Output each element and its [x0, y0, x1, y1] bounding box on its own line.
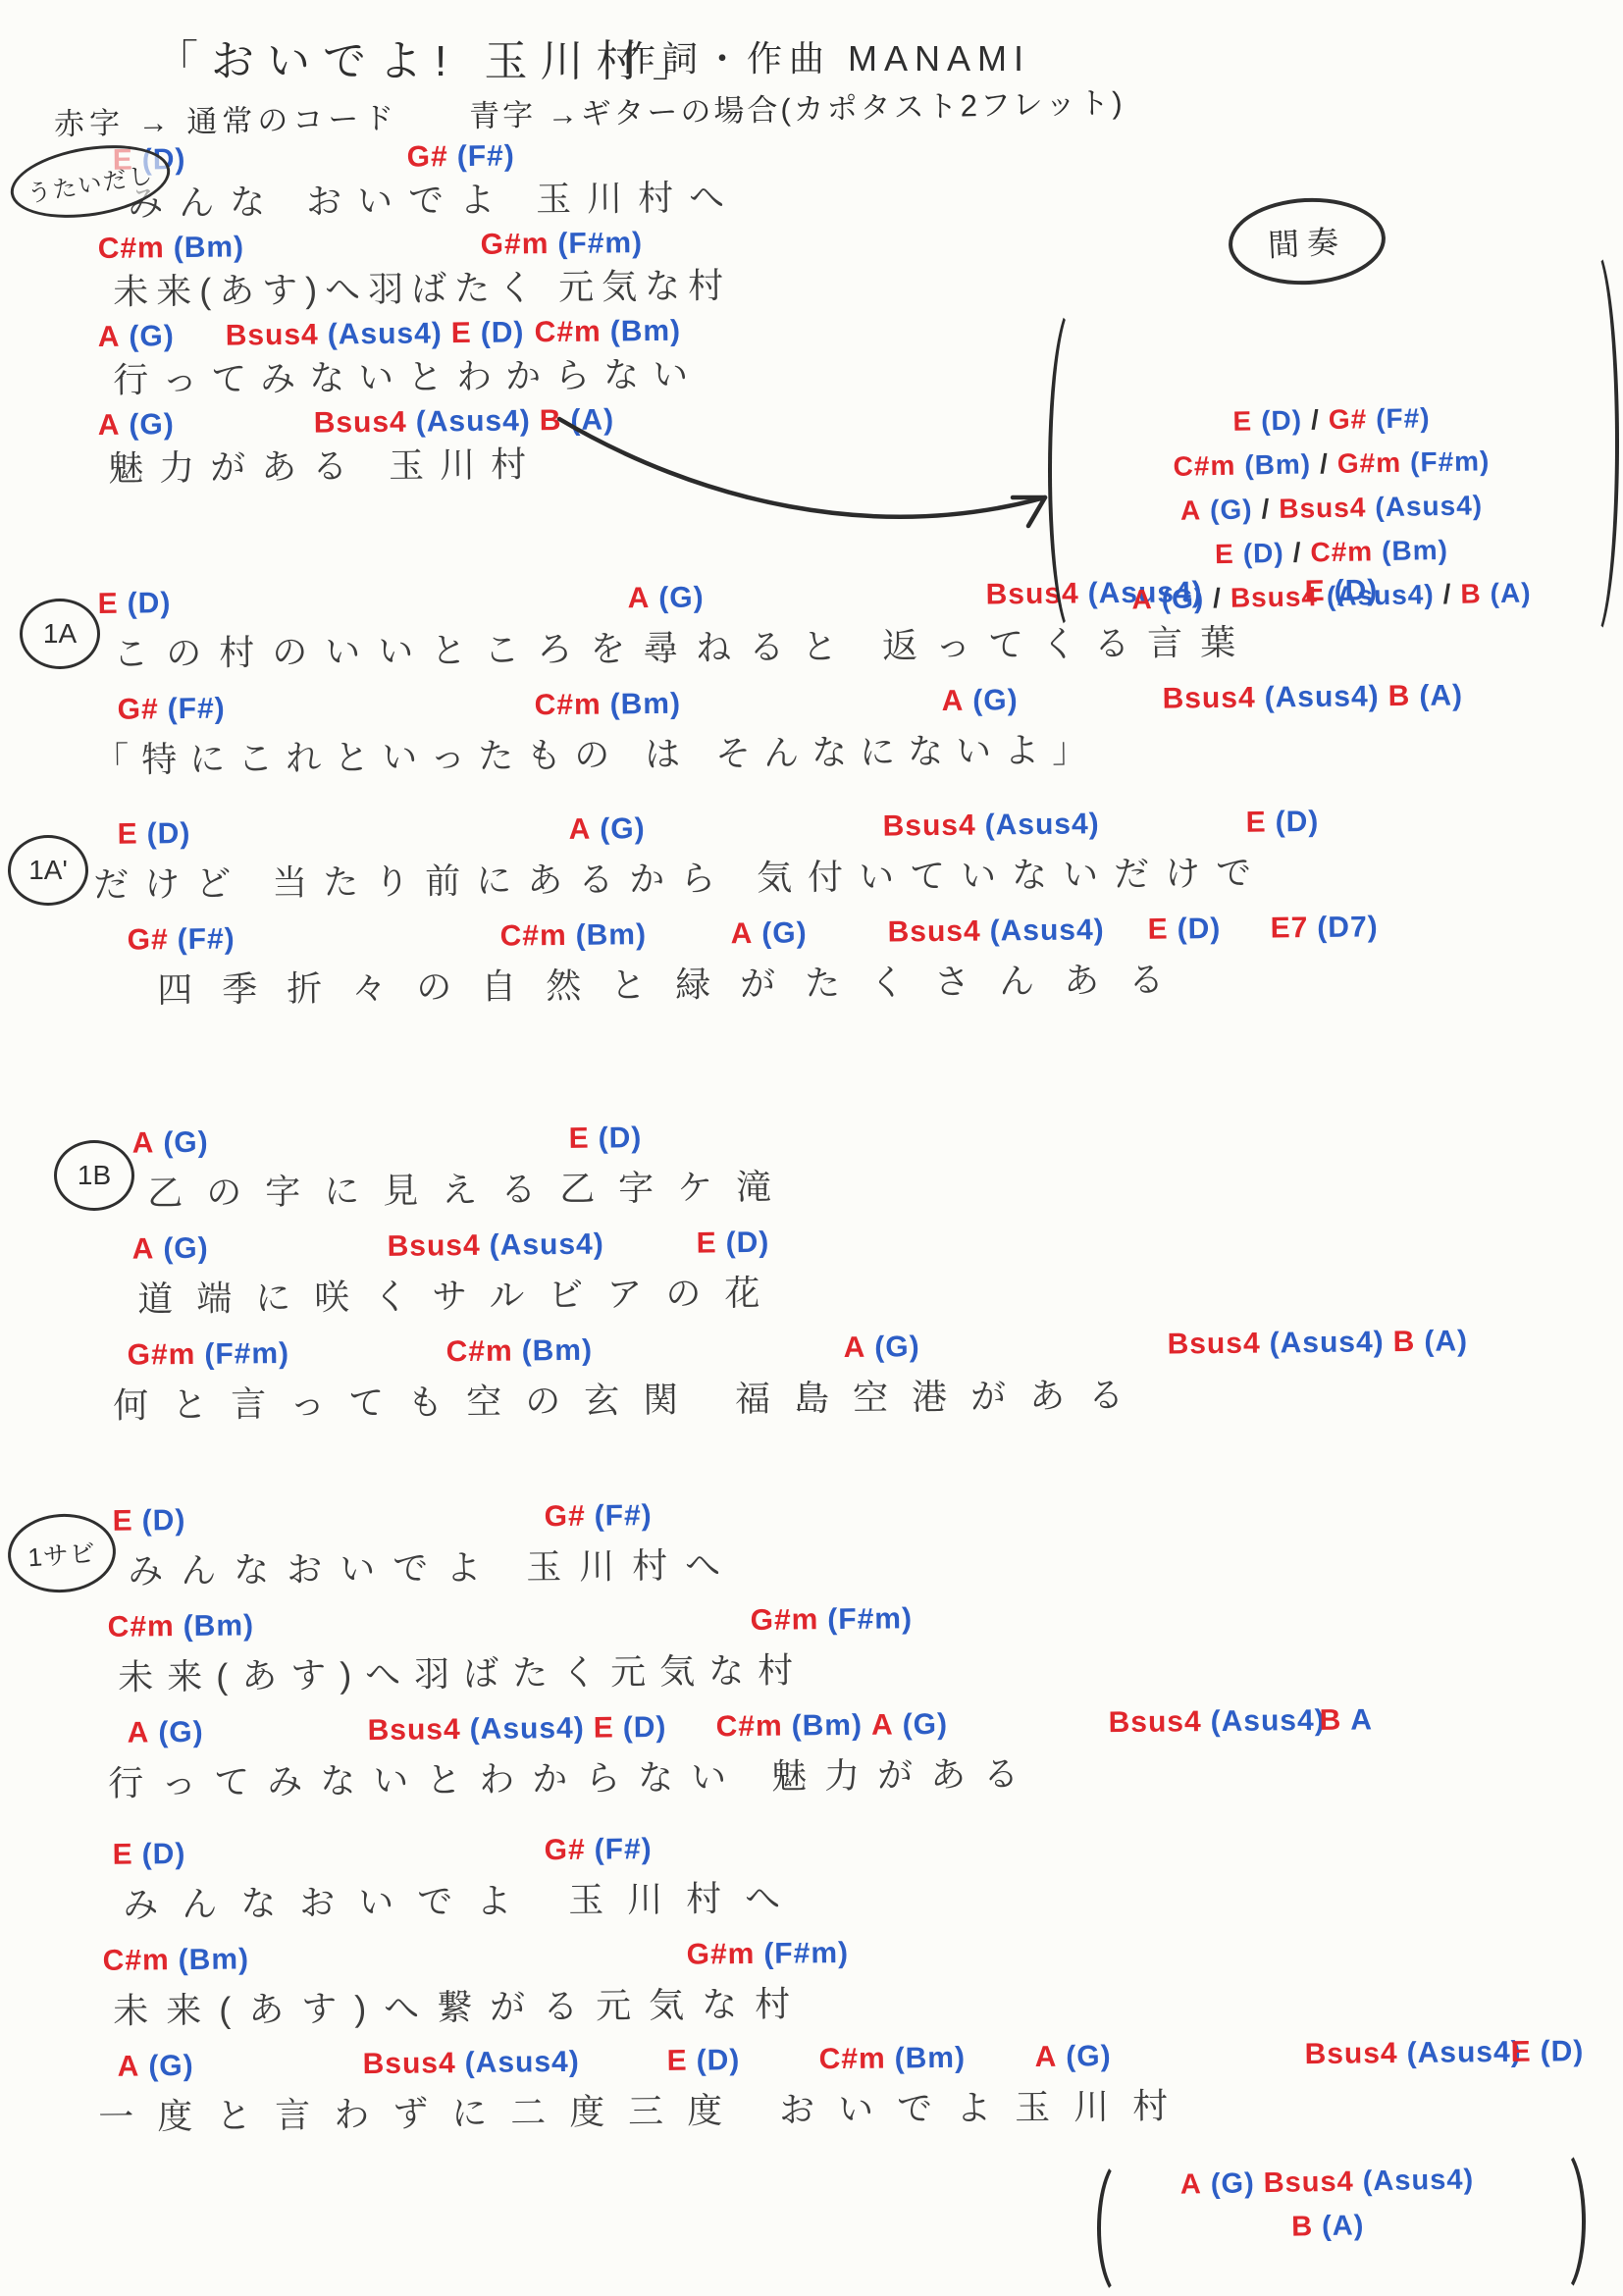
- chord-group: C#m(Bm): [534, 688, 681, 723]
- chord-token: A: [871, 1708, 894, 1742]
- chord-token: Bsus4: [1167, 1328, 1260, 1362]
- chord-token: Bsus4: [387, 1229, 480, 1264]
- chord-token: (G): [600, 812, 646, 846]
- chord-parts: C#m(Bm): [108, 1609, 255, 1644]
- chord-token: (Asus4): [989, 913, 1104, 948]
- chord-parts: C#m(Bm)/G#m(F#m): [1173, 445, 1490, 483]
- chord-token: (D): [481, 316, 525, 349]
- chord-parts: Bsus4(Asus4)B(A): [1167, 1325, 1468, 1361]
- chord-parts: E(D): [1147, 913, 1221, 947]
- chord-token: G#m: [128, 1338, 196, 1373]
- chord-token: Bsus4: [1279, 492, 1367, 525]
- chord-token: (F#): [457, 140, 515, 175]
- chord-token: A: [132, 1232, 155, 1266]
- song-line: C#m(Bm) G#m(F#m) 未来(あす)へ羽ばたく元気な村: [0, 1595, 1623, 1704]
- chord-parts: E(D): [568, 1122, 642, 1156]
- chord-token: (D): [1177, 913, 1221, 946]
- chord-token: (D): [1261, 405, 1302, 438]
- chord-token: (G): [874, 1331, 920, 1364]
- chord-token: G#: [407, 140, 448, 174]
- chord-token: E: [1147, 913, 1168, 947]
- chord-group: E(D): [113, 1504, 186, 1539]
- chord-group: C#m(Bm): [445, 1334, 593, 1370]
- chord-token: (G): [1066, 2040, 1112, 2073]
- chord-token: A: [627, 582, 650, 615]
- chord-token: Bsus4: [1108, 1705, 1201, 1740]
- chord-group: E(D): [1245, 806, 1319, 840]
- chord-token: A: [1180, 2168, 1203, 2201]
- chord-token: (Bm): [179, 1943, 250, 1977]
- chord-token: (Bm): [791, 1709, 863, 1744]
- chord-token: C#m: [499, 919, 566, 954]
- chord-token: (F#m): [557, 227, 643, 261]
- chord-token: (G): [902, 1708, 948, 1742]
- section-label: 1A': [8, 835, 88, 906]
- chord-parts: G#m(F#m): [481, 227, 644, 262]
- chord-token: (G): [148, 2050, 194, 2083]
- chord-token: G#: [128, 923, 169, 957]
- chord-parts: G#(F#): [544, 1833, 652, 1867]
- chord-token: (Asus4): [1264, 680, 1379, 714]
- interlude-chord-row: E(D)/C#m(Bm): [1070, 532, 1594, 572]
- chord-token: (Asus4): [416, 404, 531, 439]
- chord-group: C#m(Bm): [818, 2042, 966, 2077]
- chord-group: E(D): [118, 817, 191, 852]
- chord-token: G#m: [481, 228, 550, 262]
- chord-token: (A): [1419, 679, 1463, 712]
- chord-group: G#(F#): [544, 1499, 652, 1534]
- song-line: G#m(F#m) C#m(Bm) A(G) B: [0, 1324, 1623, 1433]
- chord-token: (Asus4): [470, 1712, 585, 1747]
- song-line: G#(F#) C#m(Bm) A(G) Bsu: [0, 909, 1623, 1018]
- chord-parts: E7(D7): [1270, 911, 1378, 945]
- chord-token: E: [1232, 405, 1252, 437]
- chord-token: Bsus4: [226, 319, 319, 353]
- chord-token: B: [1319, 1704, 1341, 1738]
- section-lines: E(D) G#(F#) みんなおいでよ 玉川村へ C#m: [0, 1506, 1623, 2144]
- credit: 作詞・作曲 MANAMI: [620, 31, 1030, 81]
- chord-token: E: [568, 1122, 589, 1156]
- chord-token: (D7): [1317, 911, 1379, 945]
- chord-group: G#m(F#m): [128, 1337, 290, 1373]
- chord-token: (F#m): [204, 1337, 289, 1372]
- chord-token: G#m: [750, 1603, 818, 1638]
- chord-token: (A): [1424, 1325, 1468, 1358]
- interlude-chord-row: E(D)/G#(F#): [1070, 399, 1594, 440]
- chord-group: A(G): [128, 1716, 204, 1750]
- chord-parts: Bsus4(Asus4): [882, 808, 1099, 843]
- chord-parts: Bsus4(Asus4): [362, 2046, 579, 2081]
- chord-token: G#m: [1337, 447, 1402, 480]
- chord-group: A(G): [627, 581, 704, 615]
- chord-token: Bsus4: [1162, 682, 1255, 716]
- chord-group: E(D): [568, 1122, 642, 1156]
- chord-group: Bsus4(Asus4): [387, 1228, 603, 1264]
- chord-parts: A(G): [627, 581, 704, 615]
- chord-group: E(D): [98, 587, 172, 621]
- chord-token: Bsus4: [887, 915, 980, 950]
- chord-token: Bsus4: [1263, 2166, 1354, 2201]
- chord-parts: A(G)Bsus4(Asus4): [1180, 2164, 1475, 2201]
- chord-token: A: [568, 813, 591, 847]
- chord-token: A: [843, 1331, 865, 1365]
- chord-parts: G#(F#): [407, 140, 515, 175]
- chord-token: G#m: [686, 1938, 755, 1972]
- chord-token: (Bm): [522, 1334, 594, 1369]
- chord-parts: A(G): [730, 916, 807, 951]
- chord-token: /: [1320, 448, 1329, 480]
- chord-token: (G): [1211, 2167, 1255, 2201]
- chord-token: B: [1393, 1326, 1416, 1359]
- chord-group: Bsus4(Asus4)E(D): [367, 1711, 666, 1748]
- chord-parts: E(D): [113, 1504, 186, 1539]
- chord-token: (D): [1275, 806, 1319, 839]
- chord-token: (G): [658, 581, 705, 614]
- chord-token: A: [128, 1716, 150, 1749]
- chord-parts: BA: [1319, 1703, 1373, 1738]
- chord-token: (G): [163, 1126, 209, 1160]
- song-section: 1B A(G) E(D) 乙: [0, 1128, 1623, 1446]
- chord-token: (D): [142, 1838, 186, 1871]
- chord-parts: E(D): [696, 1226, 769, 1261]
- chord-group: E(D): [1147, 913, 1221, 947]
- chord-group: G#(F#): [544, 1833, 652, 1867]
- song-line: A(G) Bsus4(Asus4) E(D) 道端に咲くサルビアの花: [0, 1218, 1623, 1327]
- song-line: A(G) Bsus4(Asus4) E(D): [0, 2035, 1623, 2144]
- chord-parts: A(G): [568, 812, 645, 847]
- chord-token: (Bm): [610, 688, 682, 722]
- chord-token: C#m: [535, 316, 602, 350]
- chord-token: (Bm): [174, 231, 245, 265]
- chord-token: B: [1291, 2211, 1314, 2243]
- chord-token: E: [696, 1226, 716, 1260]
- chord-token: /: [1442, 579, 1451, 610]
- chord-group: E(D): [666, 2044, 740, 2078]
- chord-token: (D): [623, 1711, 667, 1745]
- chord-group: G#m(F#m): [686, 1937, 849, 1972]
- chord-token: E: [1245, 806, 1266, 839]
- chord-token: Bsus4: [882, 809, 975, 844]
- chord-token: (F#m): [1410, 445, 1491, 478]
- chord-group: C#m(Bm): [108, 1609, 255, 1644]
- chord-token: (F#): [595, 1833, 653, 1867]
- chord-group: A(G): [132, 1232, 209, 1267]
- chord-parts: A(G): [118, 2050, 194, 2084]
- handwritten-chord-sheet: 「おいでよ! 玉川村」 作詞・作曲 MANAMI 赤字 → 通常のコード 青字 …: [0, 0, 1623, 2296]
- chord-token: A: [1350, 1703, 1373, 1737]
- chord-parts: C#m(Bm): [103, 1943, 250, 1978]
- chord-group: A(G): [1034, 2040, 1111, 2074]
- chord-parts: G#(F#): [544, 1499, 652, 1534]
- chord-token: (Bm): [1382, 535, 1448, 567]
- chord-token: C#m: [103, 1944, 170, 1978]
- chord-parts: A(G): [98, 408, 175, 443]
- chord-group: A(G): [730, 916, 807, 951]
- chord-group: E(D): [1510, 2035, 1584, 2069]
- chord-token: Bsus4: [314, 406, 407, 441]
- chord-token: (G): [761, 916, 808, 950]
- chord-token: Bsus4: [1304, 2037, 1397, 2071]
- chord-token: A: [132, 1126, 155, 1160]
- chord-group: Bsus4(Asus4)B(A): [1167, 1325, 1468, 1361]
- section-lines: E(D) A(G) Bsus4(Asus4): [0, 819, 1623, 1018]
- chord-token: (D): [725, 1226, 769, 1260]
- chord-parts: G#(F#): [128, 922, 236, 957]
- chord-token: (Asus4): [1375, 490, 1483, 523]
- chord-group: Bsus4(Asus4): [882, 808, 1099, 843]
- chord-token: E: [118, 818, 138, 852]
- song-section: 1サビ E(D) G#(F#): [0, 1506, 1623, 2158]
- chord-group: Bsus4(Asus4): [1304, 2036, 1521, 2071]
- chord-parts: Bsus4(Asus4)E(D): [367, 1711, 666, 1748]
- interlude-box: 間奏 E(D)/G#(F#) C#m(Bm)/G#m(F#m) A(G)/Bsu…: [1040, 186, 1623, 677]
- chord-token: (Asus4): [1327, 579, 1435, 612]
- chord-parts: C#m(Bm)A(G): [715, 1708, 948, 1744]
- chord-token: G#: [1329, 403, 1368, 436]
- chord-token: (D): [1540, 2035, 1584, 2068]
- chord-parts: A(G): [1034, 2040, 1111, 2074]
- chord-parts: G#m(F#m): [686, 1937, 849, 1972]
- chord-parts: C#m(Bm): [818, 2042, 966, 2077]
- chord-token: (Bm): [183, 1609, 255, 1644]
- chord-parts: Bsus4(Asus4): [887, 913, 1104, 949]
- chord-parts: A(G)/Bsus4(Asus4)/B(A): [1131, 577, 1532, 615]
- chord-token: (F#m): [763, 1937, 849, 1971]
- chord-parts: E(D)/C#m(Bm): [1215, 535, 1448, 570]
- section-label: 1B: [54, 1140, 134, 1211]
- chord-token: E: [98, 588, 119, 621]
- chord-parts: G#m(F#m): [128, 1337, 290, 1373]
- chord-token: (Asus4): [328, 317, 443, 351]
- ending-chord-row: B(A): [1126, 2207, 1530, 2246]
- chord-group: G#(F#): [407, 140, 515, 175]
- chord-group: Bsus4(Asus4): [362, 2046, 579, 2081]
- chord-token: A: [1131, 584, 1153, 615]
- chord-parts: E(D): [666, 2044, 740, 2078]
- chord-parts: A(G)/Bsus4(Asus4): [1180, 490, 1484, 526]
- chord-parts: E(D): [1245, 806, 1319, 840]
- chord-group: A(G): [568, 812, 645, 847]
- song-line: C#m(Bm) G#m(F#m) 未来(あす)へ繋がる元気な村: [0, 1929, 1623, 2038]
- chord-parts: C#m(Bm): [98, 231, 245, 266]
- chord-token: Bsus4: [1230, 581, 1319, 614]
- chord-group: Bsus4(Asus4)E(D): [226, 316, 525, 352]
- ending-chords: A(G)Bsus4(Asus4) B(A): [1126, 2163, 1530, 2258]
- chord-token: A: [98, 321, 121, 354]
- chord-group: A(G): [118, 2050, 194, 2084]
- chord-token: A: [1034, 2041, 1057, 2074]
- chord-token: G#: [544, 1500, 585, 1534]
- chord-group: Bsus4(Asus4)B(A): [1162, 679, 1463, 715]
- chord-token: A: [941, 685, 964, 718]
- chord-parts: C#m(Bm): [445, 1334, 593, 1370]
- chord-token: E: [113, 1839, 133, 1872]
- chord-token: (Bm): [1244, 448, 1311, 481]
- interlude-rows: E(D)/G#(F#) C#m(Bm)/G#m(F#m) A(G)/Bsus4(…: [1070, 404, 1594, 625]
- chord-token: (D): [598, 1122, 642, 1155]
- chord-token: (D): [147, 817, 191, 851]
- chord-token: E: [113, 1505, 133, 1539]
- chord-token: E: [451, 317, 472, 350]
- chord-parts: A(G): [843, 1331, 919, 1365]
- chord-token: /: [1261, 494, 1270, 525]
- interlude-chord-row: C#m(Bm)/G#m(F#m): [1070, 444, 1594, 484]
- chord-token: C#m: [108, 1610, 175, 1644]
- chord-token: (D): [128, 587, 172, 620]
- chord-token: (G): [1210, 494, 1253, 526]
- song-line: A(G) Bsus4(Asus4)E(D) C#m(Bm)A(G): [0, 1701, 1623, 1810]
- chord-token: (D): [142, 1504, 186, 1538]
- chord-token: (Asus4): [1406, 2036, 1521, 2070]
- chord-parts: C#m(Bm): [534, 688, 681, 723]
- chord-token: (G): [129, 320, 175, 353]
- chord-token: (Bm): [894, 2042, 966, 2076]
- chord-group: BA: [1319, 1703, 1373, 1738]
- chord-token: (G): [1161, 583, 1204, 615]
- chord-parts: A(G): [98, 320, 175, 354]
- chord-group: A(G): [843, 1331, 919, 1365]
- chord-token: G#: [118, 693, 159, 726]
- chord-group: C#m(Bm)A(G): [715, 1708, 948, 1744]
- chord-token: (F#m): [827, 1602, 913, 1637]
- chord-group: G#(F#): [128, 922, 236, 957]
- chord-token: C#m: [1173, 450, 1235, 483]
- chord-parts: C#m(Bm): [535, 315, 682, 350]
- song-line: E(D) G#(F#) みんなおいでよ 玉川村へ: [0, 1823, 1623, 1932]
- chord-token: E: [1215, 539, 1234, 570]
- chord-group: C#m(Bm): [98, 231, 245, 266]
- chord-token: (F#): [1376, 402, 1431, 435]
- chord-parts: Bsus4(Asus4): [1108, 1704, 1325, 1740]
- chord-token: C#m: [534, 689, 601, 723]
- chord-token: (Bm): [576, 918, 648, 953]
- chord-group: Bsus4(Asus4): [887, 913, 1104, 949]
- chord-token: (A): [1490, 577, 1531, 609]
- arrow-to-interlude-icon: [550, 388, 1079, 574]
- chord-token: (Asus4): [465, 2046, 580, 2080]
- chord-parts: A(G): [132, 1232, 209, 1267]
- chord-token: (A): [1322, 2210, 1365, 2243]
- chord-token: /: [1311, 404, 1320, 436]
- chord-parts: G#m(F#m): [750, 1602, 913, 1638]
- chord-token: (Asus4): [1362, 2164, 1474, 2198]
- chord-token: (F#): [168, 693, 226, 727]
- chord-token: (G): [158, 1716, 204, 1749]
- chord-parts: G#(F#): [118, 693, 226, 727]
- chord-token: (G): [129, 408, 175, 442]
- chord-token: E: [1510, 2036, 1531, 2069]
- chord-token: C#m: [445, 1335, 512, 1370]
- song-line: G#(F#) C#m(Bm) A(G) Bsu: [0, 678, 1623, 787]
- chord-token: (F#): [178, 922, 236, 957]
- chord-token: E7: [1270, 912, 1308, 945]
- song-line: A(G) E(D) 乙の字に見える乙字ケ滝: [0, 1112, 1623, 1221]
- chord-token: (Bm): [610, 315, 682, 349]
- chord-token: C#m: [98, 232, 165, 266]
- chord-parts: Bsus4(Asus4)B(A): [1162, 679, 1463, 715]
- chord-token: (G): [163, 1232, 209, 1266]
- chord-group: C#m(Bm): [499, 918, 647, 954]
- section-label: 1A: [20, 599, 100, 669]
- chord-token: (Asus4): [1269, 1326, 1384, 1360]
- chord-token: A: [98, 409, 121, 443]
- chord-parts: B(A): [1291, 2210, 1365, 2243]
- song-section: 1A' E(D) A(G): [0, 819, 1623, 1031]
- chord-token: E: [594, 1711, 614, 1745]
- chord-token: (Asus4): [490, 1228, 604, 1263]
- ending-close-paren: [1533, 2145, 1586, 2296]
- chord-group: E7(D7): [1270, 911, 1378, 945]
- chord-parts: Bsus4(Asus4): [1304, 2036, 1521, 2071]
- chord-token: A: [118, 2051, 140, 2084]
- chord-token: A: [730, 917, 753, 951]
- chord-token: C#m: [715, 1710, 782, 1745]
- chord-token: /: [1213, 583, 1222, 614]
- section-lines: A(G) E(D) 乙の字に見える乙字ケ滝 A(G): [0, 1128, 1623, 1433]
- song-line: E(D) A(G) Bsus4(Asus4): [0, 803, 1623, 912]
- chord-token: (D): [1243, 538, 1284, 570]
- chord-token: B: [1388, 680, 1411, 713]
- chord-group: E(D): [696, 1226, 769, 1261]
- chord-group: G#m(F#m): [750, 1602, 913, 1638]
- interlude-label: 間奏: [1227, 194, 1387, 288]
- chord-token: G#: [544, 1834, 585, 1867]
- chord-token: Bsus4: [367, 1713, 460, 1748]
- chord-parts: E(D): [113, 1838, 186, 1872]
- chord-group: C#m(Bm): [103, 1943, 250, 1978]
- chord-parts: A(G): [941, 684, 1018, 718]
- chord-parts: Bsus4(Asus4)E(D): [226, 316, 525, 352]
- chord-group: A(G): [98, 320, 175, 354]
- chord-parts: A(G): [128, 1716, 204, 1750]
- chord-parts: Bsus4(Asus4): [387, 1228, 603, 1264]
- ending-chord-row: A(G)Bsus4(Asus4): [1126, 2163, 1529, 2202]
- chord-token: /: [1292, 538, 1301, 569]
- chord-parts: E(D): [1510, 2035, 1584, 2069]
- legend-red-chords: 赤字 → 通常のコード: [54, 93, 399, 143]
- chord-group: E(D): [113, 1838, 186, 1872]
- chord-token: (D): [696, 2044, 740, 2077]
- chord-parts: E(D)/G#(F#): [1232, 402, 1431, 438]
- chord-token: B: [1460, 578, 1482, 609]
- interlude-chord-row: A(G)/Bsus4(Asus4)/B(A): [1070, 576, 1594, 616]
- interlude-chord-row: A(G)/Bsus4(Asus4): [1070, 488, 1594, 528]
- chord-group: G#m(F#m): [481, 227, 644, 262]
- chord-token: (Asus4): [1210, 1704, 1325, 1739]
- chord-group: A(G): [98, 408, 175, 443]
- chord-parts: A(G): [132, 1126, 209, 1161]
- chord-token: (G): [972, 684, 1019, 717]
- chord-token: E: [666, 2045, 687, 2078]
- song-line: E(D) G#(F#) みんなおいでよ 玉川村へ: [0, 1489, 1623, 1598]
- chord-token: Bsus4: [362, 2047, 455, 2081]
- chord-group: A(G): [132, 1126, 209, 1161]
- chord-token: (Asus4): [984, 808, 1099, 842]
- chord-parts: C#m(Bm): [499, 918, 647, 954]
- chord-token: A: [1180, 495, 1202, 526]
- chord-token: C#m: [1310, 536, 1373, 568]
- chord-parts: E(D): [118, 817, 191, 852]
- chord-group: C#m(Bm): [535, 315, 682, 350]
- chord-group: G#(F#): [118, 693, 226, 727]
- chord-token: C#m: [818, 2043, 885, 2077]
- chord-group: Bsus4(Asus4): [1108, 1704, 1325, 1740]
- chord-token: (F#): [595, 1499, 653, 1534]
- chord-parts: E(D): [98, 587, 172, 621]
- chord-group: A(G): [941, 684, 1018, 718]
